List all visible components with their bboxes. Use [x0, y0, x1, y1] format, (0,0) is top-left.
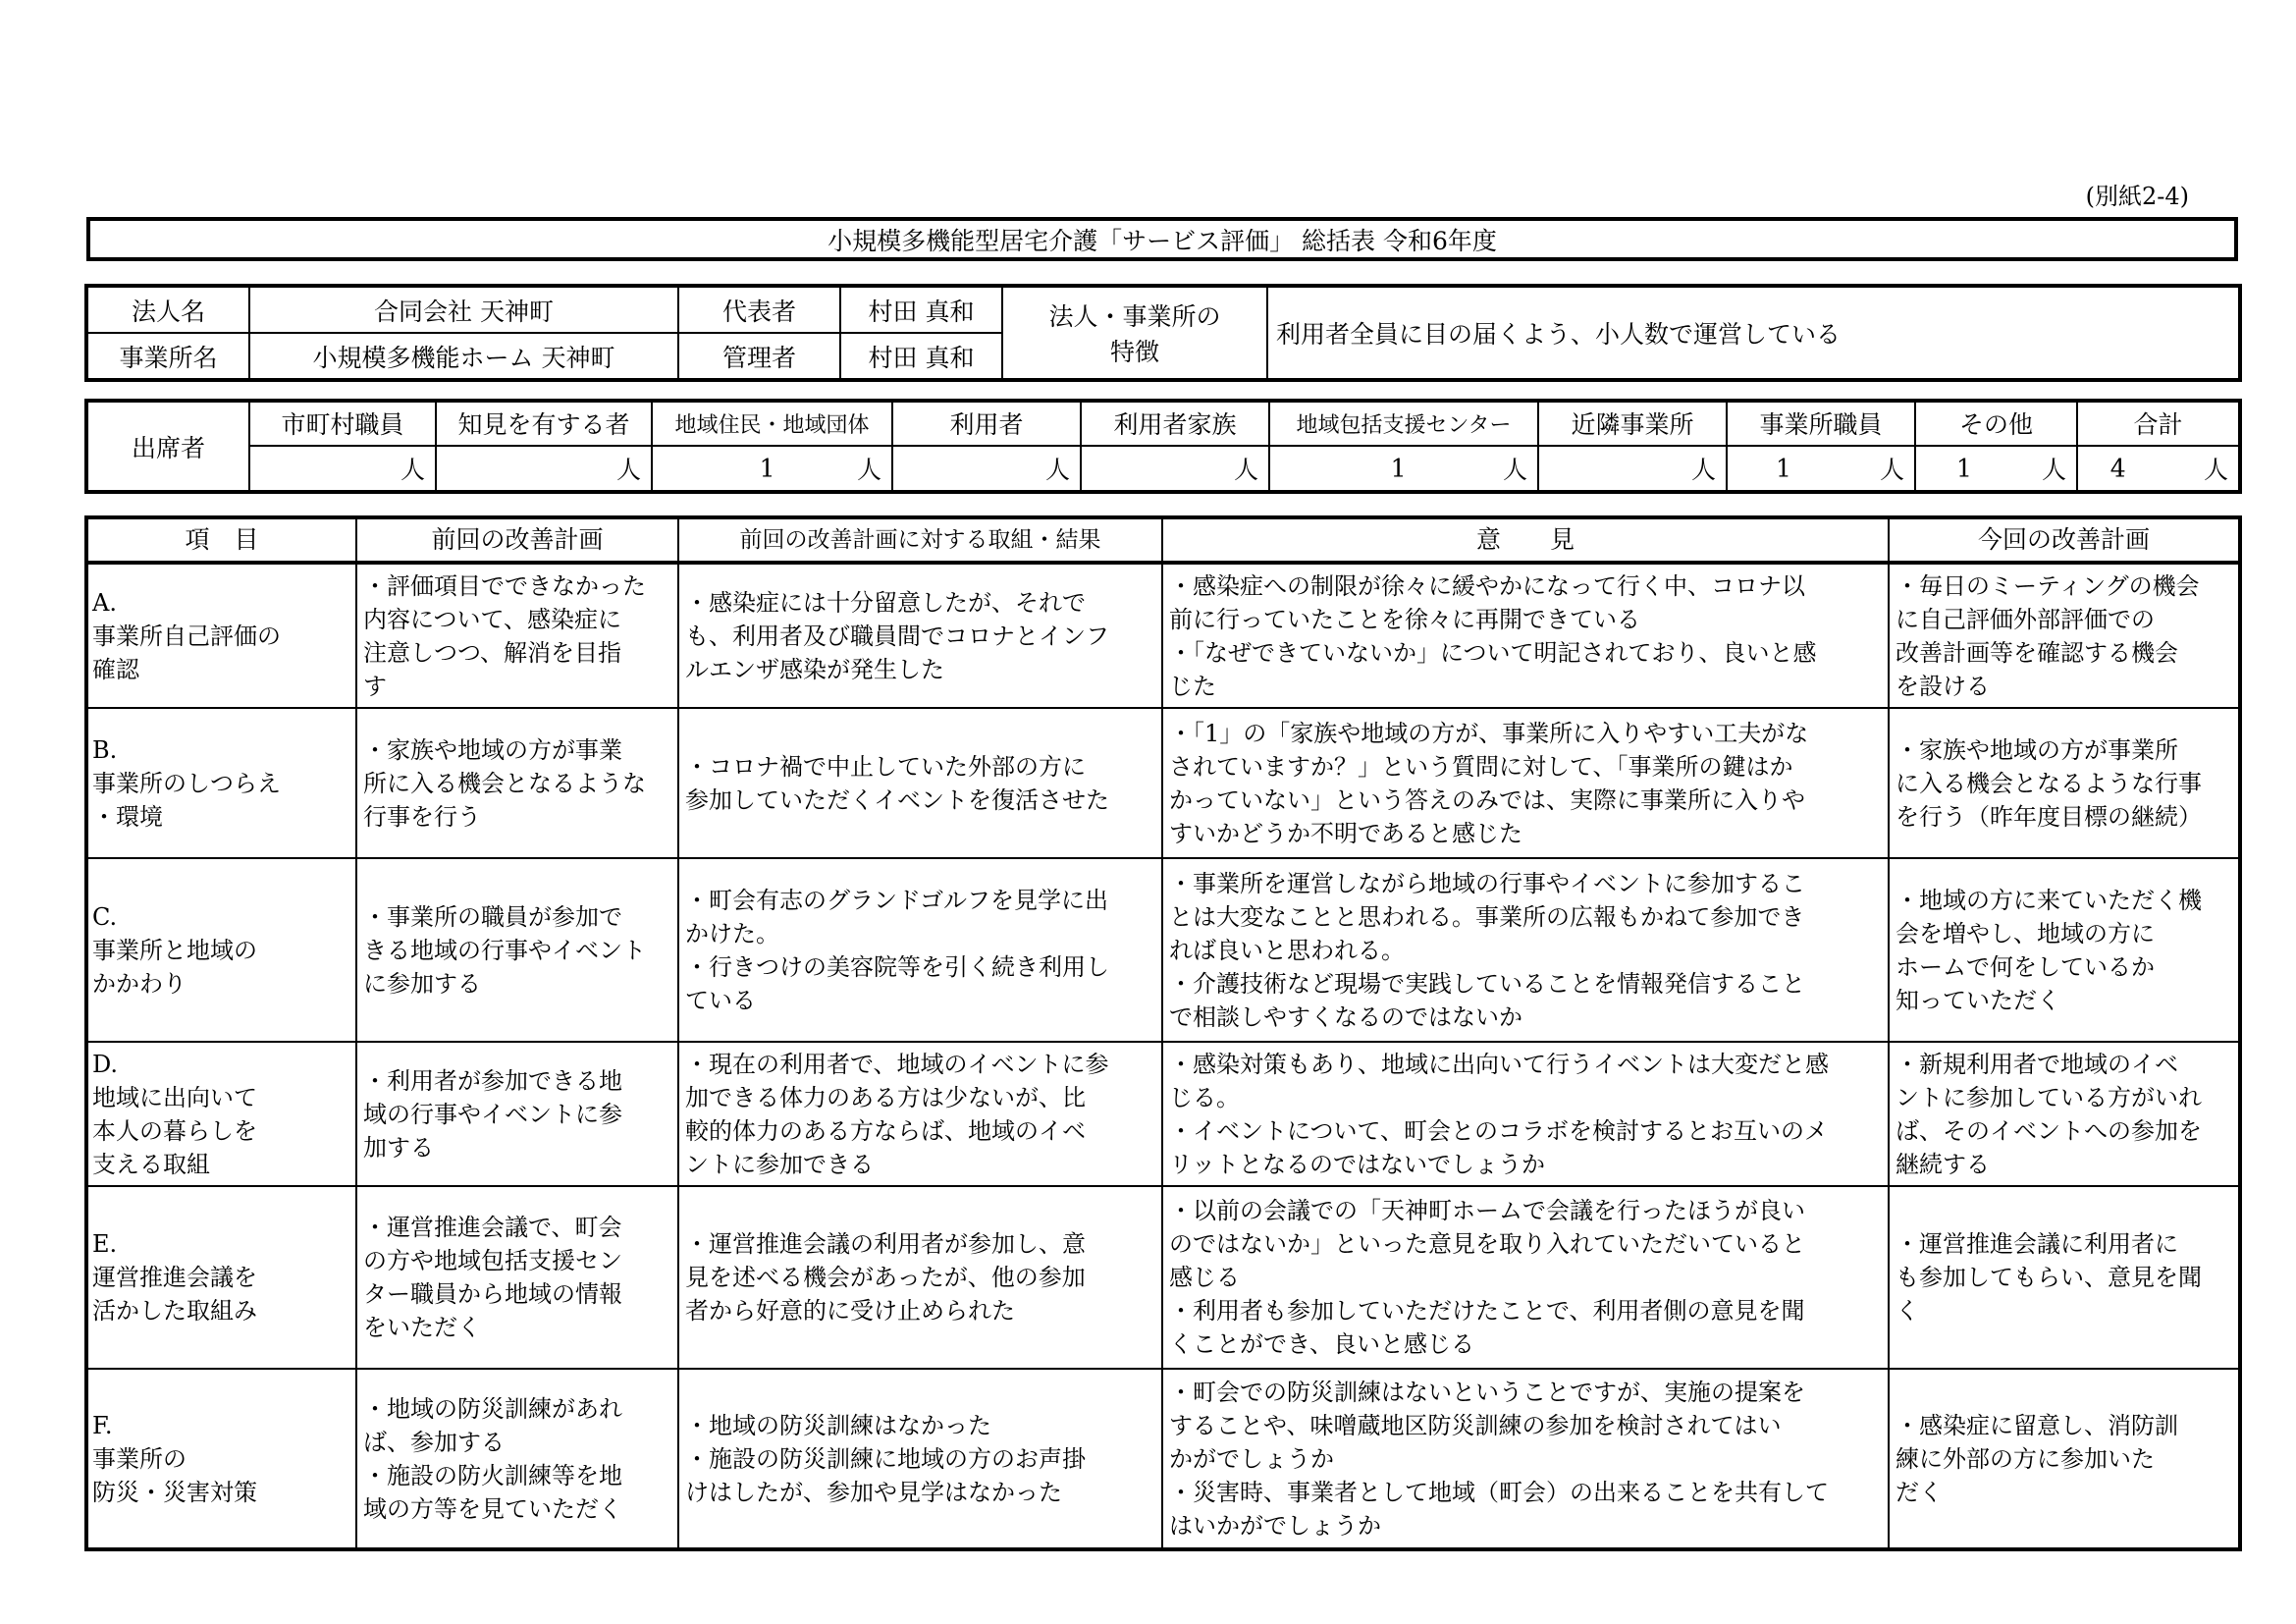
current-plan-line: に入る機会となるような行事 — [1896, 767, 2234, 800]
attendee-count-local-residents: 1人 — [652, 446, 892, 491]
item-cell: F.事業所の防災・災害対策 — [87, 1369, 356, 1548]
item-cell: D.地域に出向いて本人の暮らしを支える取組 — [87, 1042, 356, 1186]
current-plan-line: を行う（昨年度目標の継続） — [1896, 800, 2234, 834]
current-plan-line: 練に外部の方に参加いた — [1896, 1442, 2234, 1476]
current-plan-line: 継続する — [1896, 1148, 2234, 1181]
evaluation-row-d: D.地域に出向いて本人の暮らしを支える取組・利用者が参加できる地域の行事やイベン… — [87, 1042, 2239, 1186]
result-line: 見を述べる機会があったが、他の参加 — [685, 1261, 1157, 1294]
result-cell: ・運営推進会議の利用者が参加し、意見を述べる機会があったが、他の参加者から好意的… — [678, 1186, 1162, 1369]
current-plan-line: も参加してもらい、意見を聞 — [1896, 1261, 2234, 1294]
evaluation-row-f: F.事業所の防災・災害対策・地域の防災訓練があれば、参加する・施設の防火訓練等を… — [87, 1369, 2239, 1548]
item-cell: A.事業所自己評価の確認 — [87, 563, 356, 708]
opinion-line: はいかがでしょうか — [1169, 1509, 1884, 1543]
result-cell: ・コロナ禍で中止していた外部の方に参加していただくイベントを復活させた — [678, 708, 1162, 858]
previous-plan-line: 所に入る機会となるような — [363, 767, 673, 800]
result-cell: ・町会有志のグランドゴルフを見学に出かけた。・行きつけの美容院等を引く続き利用し… — [678, 858, 1162, 1042]
item-line: E. — [92, 1227, 351, 1261]
previous-plan-cell: ・評価項目でできなかった内容について、感染症に注意しつつ、解消を目指す — [356, 563, 678, 708]
previous-plan-line: 加する — [363, 1131, 673, 1164]
item-line: 本人の暮らしを — [92, 1114, 351, 1148]
attendee-count-experts: 人 — [436, 446, 652, 491]
item-line: 事業所の — [92, 1442, 351, 1476]
previous-plan-cell: ・事業所の職員が参加できる地域の行事やイベントに参加する — [356, 858, 678, 1042]
header-item: 項 目 — [87, 518, 356, 563]
item-line: F. — [92, 1409, 351, 1442]
current-plan-line: ・毎日のミーティングの機会 — [1896, 569, 2234, 603]
item-line: C. — [92, 900, 351, 934]
page-title-box: 小規模多機能型居宅介護「サービス評価」 総括表 令和6年度 — [86, 217, 2238, 261]
opinion-line: されていますか？」という質問に対して、「事業所の鍵はか — [1169, 750, 1884, 784]
page-title: 小規模多機能型居宅介護「サービス評価」 総括表 令和6年度 — [828, 222, 1497, 257]
attendee-type-office-staff: 事業所職員 — [1727, 402, 1915, 446]
attendee-count-total: 4人 — [2077, 446, 2239, 491]
attendance-label: 出席者 — [87, 402, 249, 491]
opinion-line: ・利用者も参加していただけたことで、利用者側の意見を聞 — [1169, 1294, 1884, 1327]
current-plan-line: ・地域の方に来ていただく機 — [1896, 884, 2234, 917]
opinion-line: ・町会での防災訓練はないということですが、実施の提案を — [1169, 1376, 1884, 1409]
previous-plan-line: ・評価項目でできなかった — [363, 569, 673, 603]
representative-label: 代表者 — [678, 287, 840, 333]
previous-plan-cell: ・利用者が参加できる地域の行事やイベントに参加する — [356, 1042, 678, 1186]
result-line: ている — [685, 984, 1157, 1017]
manager-value: 村田 真和 — [840, 333, 1002, 379]
attendee-type-local-residents: 地域住民・地域団体 — [652, 402, 892, 446]
attendee-count-support-center: 1人 — [1269, 446, 1538, 491]
features-value: 利用者全員に目の届くよう、小人数で運営している — [1267, 287, 2239, 379]
corporation-label: 法人名 — [87, 287, 249, 333]
evaluation-row-e: E.運営推進会議を活かした取組み・運営推進会議で、町会の方や地域包括支援センター… — [87, 1186, 2239, 1369]
header-previous-plan: 前回の改善計画 — [356, 518, 678, 563]
attendee-type-experts: 知見を有する者 — [436, 402, 652, 446]
opinion-line: ・イベントについて、町会とのコラボを検討するとお互いのメ — [1169, 1114, 1884, 1148]
opinion-line: のではないか」といった意見を取り入れていただいていると — [1169, 1227, 1884, 1261]
previous-plan-line: をいただく — [363, 1311, 673, 1344]
opinion-cell: ・町会での防災訓練はないということですが、実施の提案をすることや、味噌蔵地区防災… — [1162, 1369, 1889, 1548]
evaluation-row-a: A.事業所自己評価の確認・評価項目でできなかった内容について、感染症に注意しつつ… — [87, 563, 2239, 708]
evaluation-table: 項 目 前回の改善計画 前回の改善計画に対する取組・結果 意 見 今回の改善計画… — [86, 517, 2240, 1549]
previous-plan-line: 域の行事やイベントに参 — [363, 1098, 673, 1131]
features-label: 法人・事業所の 特徴 — [1002, 287, 1267, 379]
attendee-type-user-families: 利用者家族 — [1081, 402, 1269, 446]
current-plan-cell: ・地域の方に来ていただく機会を増やし、地域の方にホームで何をしているか知っていた… — [1889, 858, 2239, 1042]
previous-plan-line: 注意しつつ、解消を目指 — [363, 636, 673, 670]
item-line: 確認 — [92, 653, 351, 686]
result-line: ルエンザ感染が発生した — [685, 653, 1157, 686]
previous-plan-line: の方や地域包括支援セン — [363, 1244, 673, 1277]
attendee-count-municipal-staff: 人 — [249, 446, 436, 491]
opinion-line: じる。 — [1169, 1081, 1884, 1114]
previous-plan-line: す — [363, 670, 673, 703]
item-line: 運営推進会議を — [92, 1261, 351, 1294]
attendance-table: 出席者 市町村職員 知見を有する者 地域住民・地域団体 利用者 利用者家族 地域… — [86, 401, 2240, 492]
current-plan-line: に自己評価外部評価での — [1896, 603, 2234, 636]
header-opinion: 意 見 — [1162, 518, 1889, 563]
opinion-line: で相談しやすくなるのではないか — [1169, 1001, 1884, 1034]
office-label: 事業所名 — [87, 333, 249, 379]
previous-plan-cell: ・運営推進会議で、町会の方や地域包括支援センター職員から地域の情報をいただく — [356, 1186, 678, 1369]
attendee-type-municipal-staff: 市町村職員 — [249, 402, 436, 446]
current-plan-line: 会を増やし、地域の方に — [1896, 917, 2234, 950]
previous-plan-line: ・家族や地域の方が事業 — [363, 733, 673, 767]
opinion-line: ・以前の会議での「天神町ホームで会議を行ったほうが良い — [1169, 1194, 1884, 1227]
opinion-line: ・事業所を運営しながら地域の行事やイベントに参加するこ — [1169, 867, 1884, 900]
opinion-line: 感じる — [1169, 1261, 1884, 1294]
previous-plan-cell: ・家族や地域の方が事業所に入る機会となるような行事を行う — [356, 708, 678, 858]
header-result: 前回の改善計画に対する取組・結果 — [678, 518, 1162, 563]
attendee-type-other: その他 — [1915, 402, 2077, 446]
office-value: 小規模多機能ホーム 天神町 — [249, 333, 678, 379]
opinion-line: ・介護技術など現場で実践していることを情報発信すること — [1169, 967, 1884, 1001]
previous-plan-line: に参加する — [363, 967, 673, 1001]
features-label-line2: 特徴 — [1003, 333, 1266, 368]
attendee-count-other: 1人 — [1915, 446, 2077, 491]
previous-plan-line: ・施設の防火訓練等を地 — [363, 1459, 673, 1492]
attachment-label: (別紙2-4) — [2002, 177, 2189, 211]
opinion-cell: ・感染対策もあり、地域に出向いて行うイベントは大変だと感じる。・イベントについて… — [1162, 1042, 1889, 1186]
features-label-line1: 法人・事業所の — [1003, 298, 1266, 333]
result-line: 参加していただくイベントを復活させた — [685, 784, 1157, 817]
previous-plan-line: 域の方等を見ていただく — [363, 1492, 673, 1526]
previous-plan-line: ・事業所の職員が参加で — [363, 900, 673, 934]
item-line: ・環境 — [92, 800, 351, 834]
item-line: A. — [92, 586, 351, 620]
representative-value: 村田 真和 — [840, 287, 1002, 333]
item-cell: E.運営推進会議を活かした取組み — [87, 1186, 356, 1369]
result-line: かけた。 — [685, 917, 1157, 950]
attendee-type-users: 利用者 — [892, 402, 1081, 446]
current-plan-line: ば、そのイベントへの参加を — [1896, 1114, 2234, 1148]
attendee-count-user-families: 人 — [1081, 446, 1269, 491]
opinion-line: ・感染症への制限が徐々に緩やかになって行く中、コロナ以 — [1169, 569, 1884, 603]
opinion-cell: ・以前の会議での「天神町ホームで会議を行ったほうが良いのではないか」といった意見… — [1162, 1186, 1889, 1369]
current-plan-line: く — [1896, 1294, 2234, 1327]
previous-plan-line: きる地域の行事やイベント — [363, 934, 673, 967]
attendee-total-label: 合計 — [2077, 402, 2239, 446]
item-cell: C.事業所と地域のかかわり — [87, 858, 356, 1042]
current-plan-line: だく — [1896, 1476, 2234, 1509]
evaluation-row-b: B.事業所のしつらえ・環境・家族や地域の方が事業所に入る機会となるような行事を行… — [87, 708, 2239, 858]
opinion-line: ・感染対策もあり、地域に出向いて行うイベントは大変だと感 — [1169, 1048, 1884, 1081]
current-plan-cell: ・感染症に留意し、消防訓練に外部の方に参加いただく — [1889, 1369, 2239, 1548]
result-line: ・施設の防災訓練に地域の方のお声掛 — [685, 1442, 1157, 1476]
previous-plan-line: ば、参加する — [363, 1426, 673, 1459]
item-line: 事業所と地域の — [92, 934, 351, 967]
attendee-type-support-center: 地域包括支援センター — [1269, 402, 1538, 446]
opinion-cell: ・事業所を運営しながら地域の行事やイベントに参加することは大変なことと思われる。… — [1162, 858, 1889, 1042]
result-line: も、利用者及び職員間でコロナとインフ — [685, 620, 1157, 653]
opinion-line: することや、味噌蔵地区防災訓練の参加を検討されてはい — [1169, 1409, 1884, 1442]
item-line: 防災・災害対策 — [92, 1476, 351, 1509]
attendee-count-nearby-offices: 人 — [1538, 446, 1727, 491]
item-cell: B.事業所のしつらえ・環境 — [87, 708, 356, 858]
result-line: 者から好意的に受け止められた — [685, 1294, 1157, 1327]
result-cell: ・地域の防災訓練はなかった・施設の防災訓練に地域の方のお声掛けはしたが、参加や見… — [678, 1369, 1162, 1548]
previous-plan-line: 内容について、感染症に — [363, 603, 673, 636]
item-line: 事業所自己評価の — [92, 620, 351, 653]
result-line: 較的体力のある方ならば、地域のイベ — [685, 1114, 1157, 1148]
result-line: ントに参加できる — [685, 1148, 1157, 1181]
current-plan-line: を設ける — [1896, 670, 2234, 703]
current-plan-line: ・新規利用者で地域のイベ — [1896, 1048, 2234, 1081]
evaluation-row-c: C.事業所と地域のかかわり・事業所の職員が参加できる地域の行事やイベントに参加す… — [87, 858, 2239, 1042]
current-plan-cell: ・新規利用者で地域のイベントに参加している方がいれば、そのイベントへの参加を継続… — [1889, 1042, 2239, 1186]
previous-plan-line: ・運営推進会議で、町会 — [363, 1211, 673, 1244]
current-plan-cell: ・家族や地域の方が事業所に入る機会となるような行事を行う（昨年度目標の継続） — [1889, 708, 2239, 858]
result-line: ・コロナ禍で中止していた外部の方に — [685, 750, 1157, 784]
result-line: ・現在の利用者で、地域のイベントに参 — [685, 1048, 1157, 1081]
current-plan-line: 改善計画等を確認する機会 — [1896, 636, 2234, 670]
opinion-line: すいかどうか不明であると感じた — [1169, 817, 1884, 850]
opinion-line: かがでしょうか — [1169, 1442, 1884, 1476]
opinion-line: とは大変なことと思われる。事業所の広報もかねて参加でき — [1169, 900, 1884, 934]
result-line: ・行きつけの美容院等を引く続き利用し — [685, 950, 1157, 984]
current-plan-line: ・運営推進会議に利用者に — [1896, 1227, 2234, 1261]
result-line: 加できる体力のある方は少ないが、比 — [685, 1081, 1157, 1114]
opinion-line: ・災害時、事業者として地域（町会）の出来ることを共有して — [1169, 1476, 1884, 1509]
current-plan-line: ホームで何をしているか — [1896, 950, 2234, 984]
opinion-line: かっていない」という答えのみでは、実際に事業所に入りや — [1169, 784, 1884, 817]
result-cell: ・現在の利用者で、地域のイベントに参加できる体力のある方は少ないが、比較的体力の… — [678, 1042, 1162, 1186]
previous-plan-line: ター職員から地域の情報 — [363, 1277, 673, 1311]
opinion-line: リットとなるのではないでしょうか — [1169, 1148, 1884, 1181]
opinion-line: れば良いと思われる。 — [1169, 934, 1884, 967]
item-line: 活かした取組み — [92, 1294, 351, 1327]
opinion-line: ・「1」の「家族や地域の方が、事業所に入りやすい工夫がな — [1169, 717, 1884, 750]
current-plan-line: 知っていただく — [1896, 984, 2234, 1017]
opinion-line: 前に行っていたことを徐々に再開できている — [1169, 603, 1884, 636]
item-line: B. — [92, 733, 351, 767]
current-plan-cell: ・毎日のミーティングの機会に自己評価外部評価での改善計画等を確認する機会を設ける — [1889, 563, 2239, 708]
previous-plan-cell: ・地域の防災訓練があれば、参加する・施設の防火訓練等を地域の方等を見ていただく — [356, 1369, 678, 1548]
opinion-cell: ・「1」の「家族や地域の方が、事業所に入りやすい工夫がなされていますか？」という… — [1162, 708, 1889, 858]
corporate-info-table: 法人名 合同会社 天神町 代表者 村田 真和 法人・事業所の 特徴 利用者全員に… — [86, 286, 2240, 380]
opinion-line: じた — [1169, 670, 1884, 703]
attendee-count-office-staff: 1人 — [1727, 446, 1915, 491]
result-line: けはしたが、参加や見学はなかった — [685, 1476, 1157, 1509]
opinion-line: くことができ、良いと感じる — [1169, 1327, 1884, 1361]
opinion-line: ・「なぜできていないか」について明記されており、良いと感 — [1169, 636, 1884, 670]
result-line: ・感染症には十分留意したが、それで — [685, 586, 1157, 620]
current-plan-line: ・感染症に留意し、消防訓 — [1896, 1409, 2234, 1442]
previous-plan-line: ・利用者が参加できる地 — [363, 1064, 673, 1098]
result-line: ・運営推進会議の利用者が参加し、意 — [685, 1227, 1157, 1261]
current-plan-cell: ・運営推進会議に利用者にも参加してもらい、意見を聞く — [1889, 1186, 2239, 1369]
result-line: ・町会有志のグランドゴルフを見学に出 — [685, 884, 1157, 917]
current-plan-line: ントに参加している方がいれ — [1896, 1081, 2234, 1114]
previous-plan-line: 行事を行う — [363, 800, 673, 834]
attendee-type-nearby-offices: 近隣事業所 — [1538, 402, 1727, 446]
opinion-cell: ・感染症への制限が徐々に緩やかになって行く中、コロナ以前に行っていたことを徐々に… — [1162, 563, 1889, 708]
corporation-value: 合同会社 天神町 — [249, 287, 678, 333]
item-line: D. — [92, 1048, 351, 1081]
attendee-count-users: 人 — [892, 446, 1081, 491]
current-plan-line: ・家族や地域の方が事業所 — [1896, 733, 2234, 767]
previous-plan-line: ・地域の防災訓練があれ — [363, 1392, 673, 1426]
item-line: 事業所のしつらえ — [92, 767, 351, 800]
item-line: 支える取組 — [92, 1148, 351, 1181]
result-line: ・地域の防災訓練はなかった — [685, 1409, 1157, 1442]
result-cell: ・感染症には十分留意したが、それでも、利用者及び職員間でコロナとインフルエンザ感… — [678, 563, 1162, 708]
item-line: 地域に出向いて — [92, 1081, 351, 1114]
item-line: かかわり — [92, 967, 351, 1001]
header-current-plan: 今回の改善計画 — [1889, 518, 2239, 563]
manager-label: 管理者 — [678, 333, 840, 379]
